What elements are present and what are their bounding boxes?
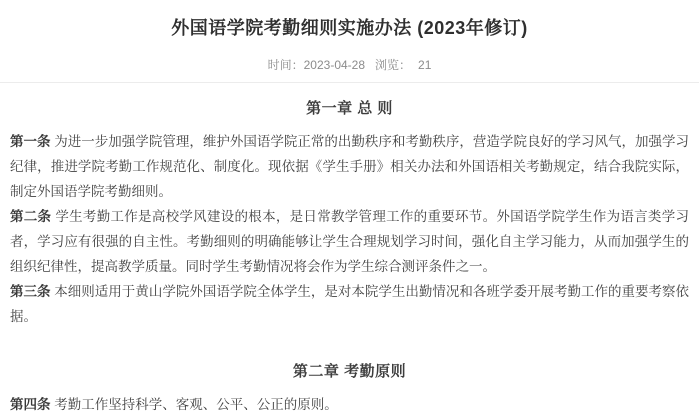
- meta-views-value: 21: [418, 58, 431, 72]
- article-3-label: 第三条: [10, 284, 51, 299]
- document-page: 外国语学院考勤细则实施办法 (2023年修订) 时间：2023-04-28浏览：…: [0, 0, 699, 414]
- section-heading-chapter-1: 第一章 总 则: [10, 98, 689, 119]
- article-3: 第三条 本细则适用于黄山学院外国语学院全体学生，是对本院学生出勤情况和各班学委开…: [10, 279, 689, 329]
- meta-time-label: 时间：: [268, 58, 304, 72]
- article-2-label: 第二条: [10, 209, 51, 224]
- article-4-label: 第四条: [10, 397, 51, 412]
- article-1-label: 第一条: [10, 134, 51, 149]
- meta-line: 时间：2023-04-28浏览：21: [10, 58, 689, 72]
- article-4-text: 考勤工作坚持科学、客观、公平、公正的原则。: [54, 397, 338, 412]
- article-4: 第四条 考勤工作坚持科学、客观、公平、公正的原则。: [10, 392, 689, 414]
- header-divider: [0, 82, 699, 83]
- article-1: 第一条 为进一步加强学院管理，维护外国语学院正常的出勤秩序和考勤秩序，营造学院良…: [10, 129, 689, 204]
- meta-views-label: 浏览：: [375, 58, 411, 72]
- article-2: 第二条 学生考勤工作是高校学风建设的根本，是日常教学管理工作的重要环节。外国语学…: [10, 204, 689, 279]
- document-content: 第一章 总 则 第一条 为进一步加强学院管理，维护外国语学院正常的出勤秩序和考勤…: [10, 98, 689, 414]
- section-heading-chapter-2: 第二章 考勤原则: [10, 361, 689, 382]
- article-2-text: 学生考勤工作是高校学风建设的根本，是日常教学管理工作的重要环节。外国语学院学生作…: [10, 209, 689, 274]
- article-3-text: 本细则适用于黄山学院外国语学院全体学生，是对本院学生出勤情况和各班学委开展考勤工…: [10, 284, 689, 324]
- meta-time-value: 2023-04-28: [304, 58, 365, 72]
- page-title: 外国语学院考勤细则实施办法 (2023年修订): [10, 0, 689, 41]
- article-1-text: 为进一步加强学院管理，维护外国语学院正常的出勤秩序和考勤秩序，营造学院良好的学习…: [10, 134, 689, 199]
